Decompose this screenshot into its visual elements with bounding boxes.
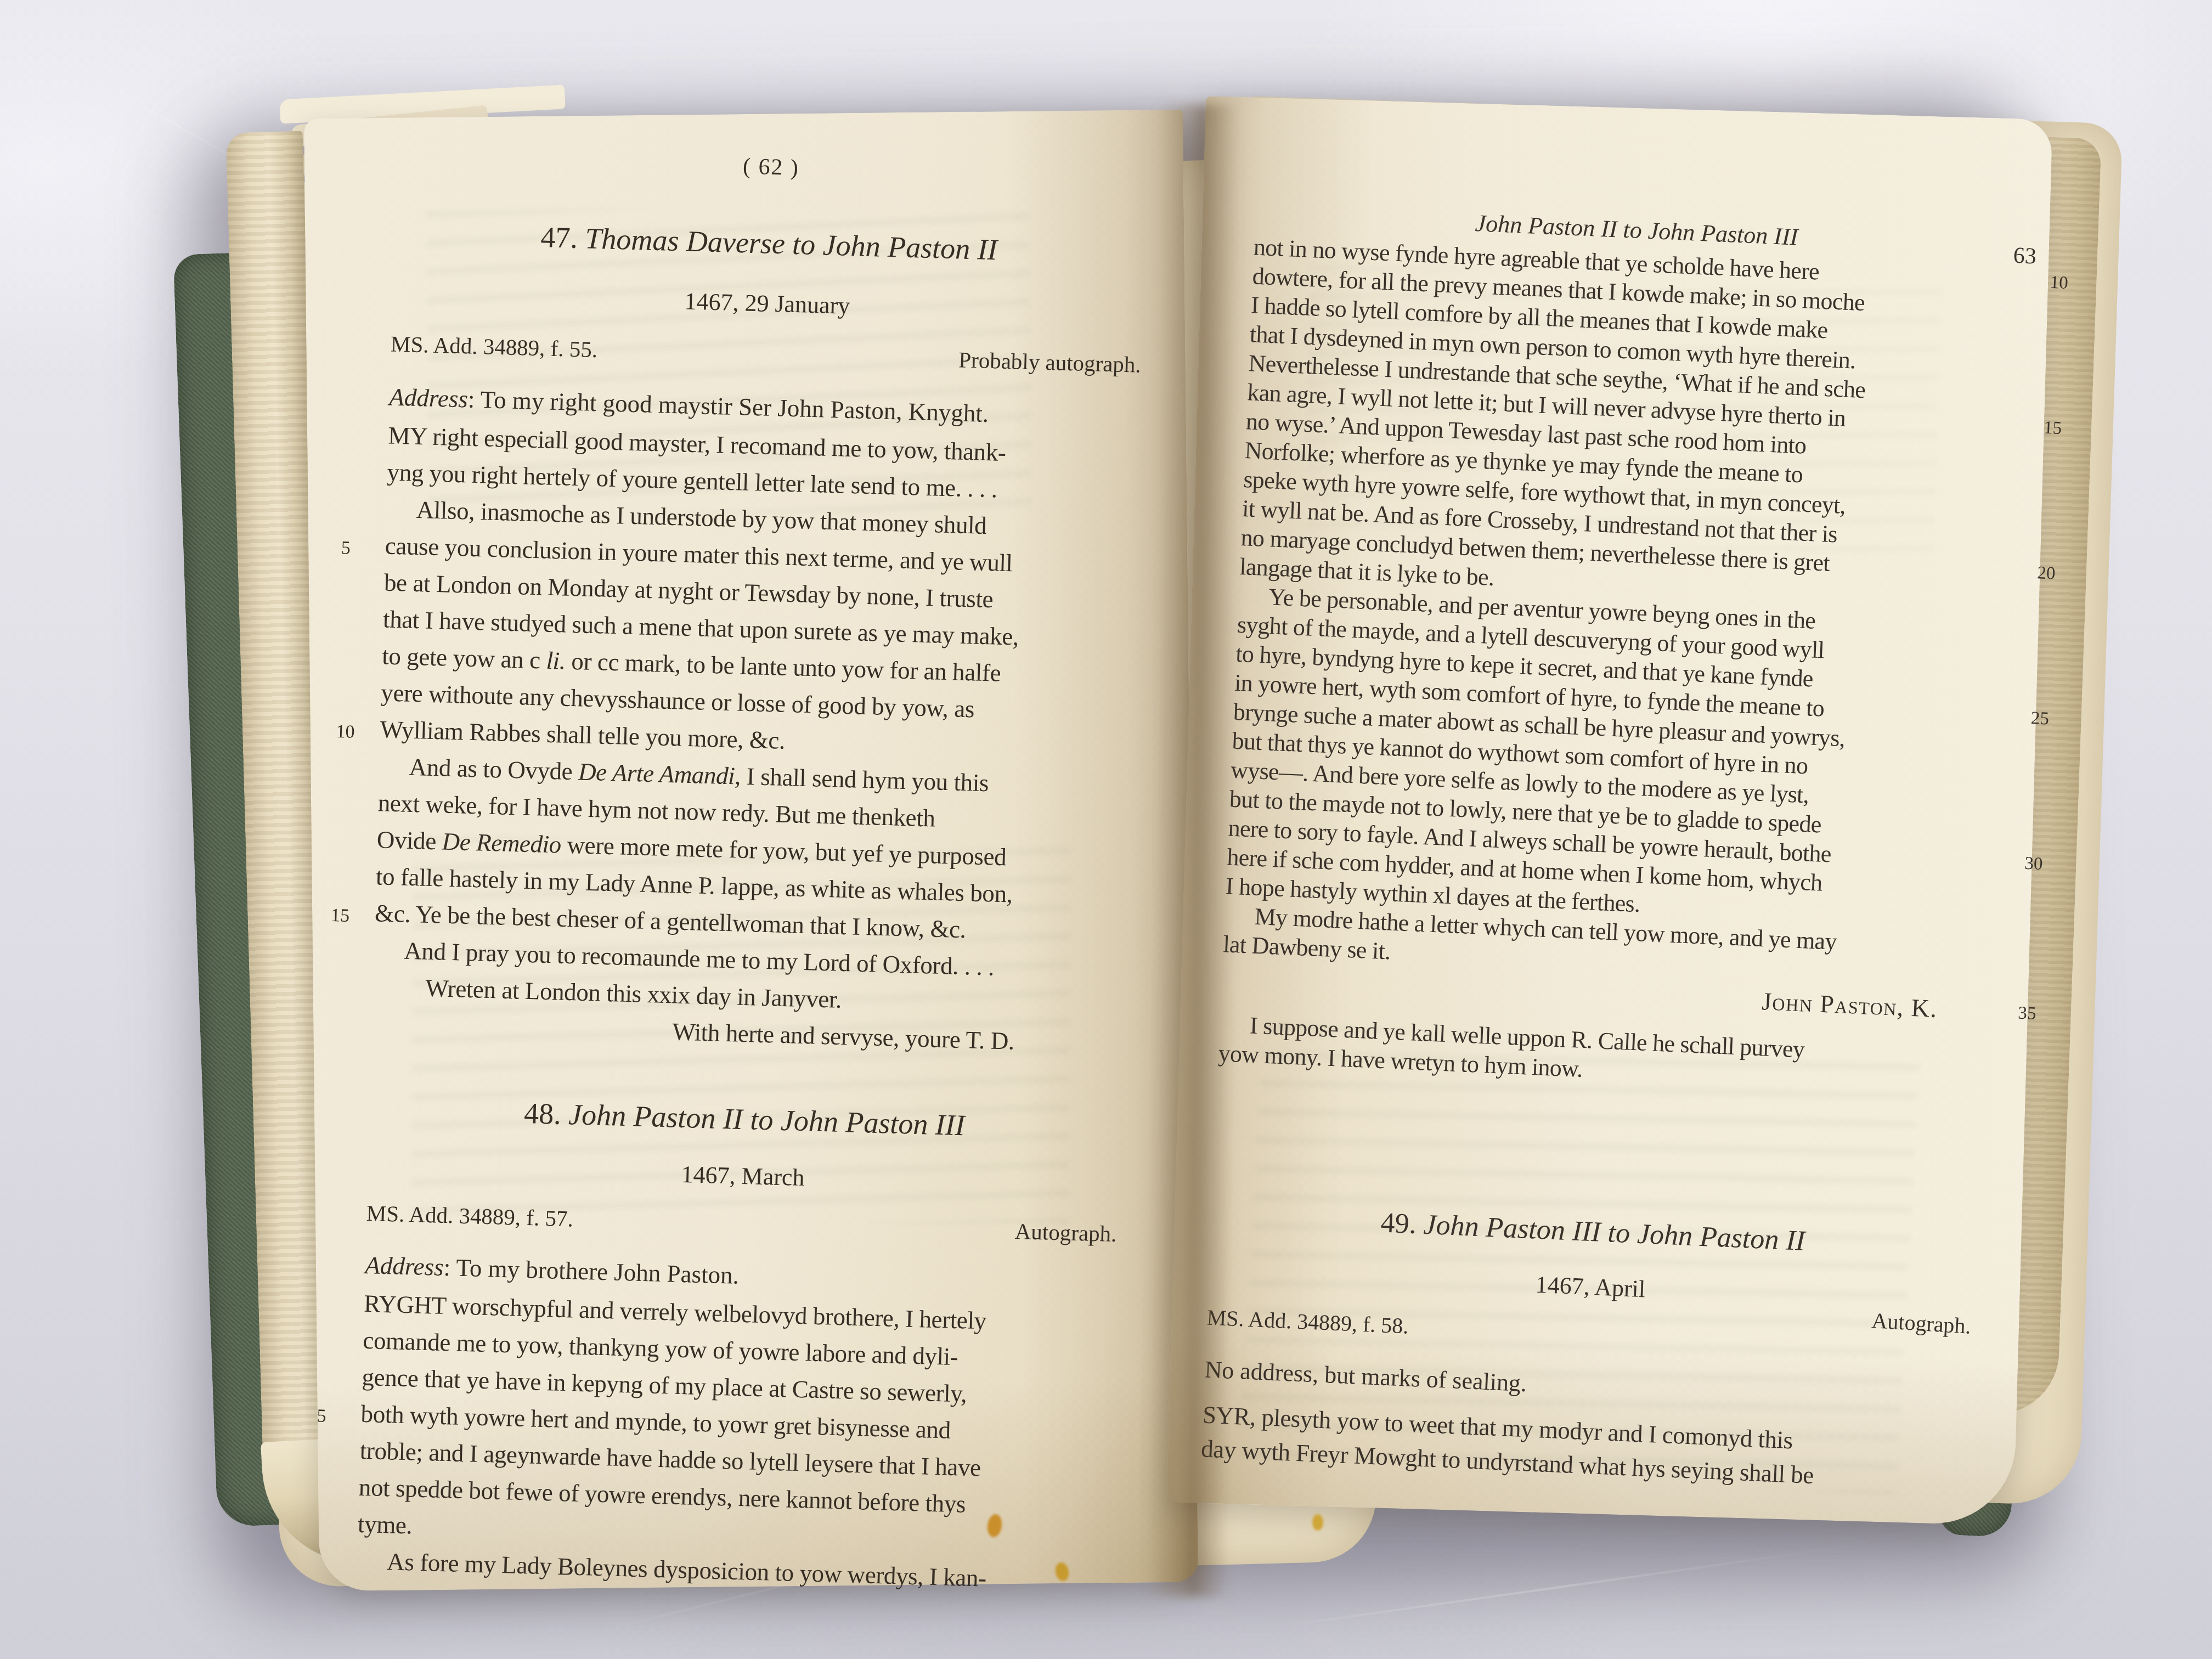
left-page[interactable]: ( 62 ) 47. Thomas Daverse to John Paston… — [304, 110, 1198, 1592]
letter-47-ms-row: MS. Add. 34889, f. 55. Probably autograp… — [391, 332, 1142, 377]
line-number: 15 — [2043, 414, 2062, 443]
right-page-text: John Paston II to John Paston III63 not … — [1200, 200, 2018, 1499]
letter-48-body: RYGHT worschypful and verrely welbelovyd… — [356, 1285, 1114, 1600]
letter-number: 47. — [540, 221, 578, 255]
postscript: I suppose and ye kall welle uppon R. Cal… — [1218, 1009, 1983, 1101]
letter-47-date: 1467, 29 January — [392, 280, 1143, 328]
left-page-text: ( 62 ) 47. Thomas Daverse to John Paston… — [356, 143, 1147, 1600]
letter-49-body: SYR, plesyth yow to weet that my modyr a… — [1200, 1397, 1966, 1499]
attribution: Autograph. — [1871, 1308, 1971, 1339]
letter-number: 49. — [1380, 1207, 1417, 1240]
line-number: 5 — [317, 1398, 327, 1435]
line-number: 35 — [2017, 999, 2036, 1029]
line-number: 25 — [2030, 704, 2050, 733]
line-number: 10 — [2049, 268, 2068, 298]
right-page[interactable]: John Paston II to John Paston III63 not … — [1167, 96, 2053, 1526]
line-number: 10 — [336, 713, 356, 751]
open-book: ( 62 ) 47. Thomas Daverse to John Paston… — [181, 33, 2079, 1629]
letter-48-ms-row: MS. Add. 34889, f. 57. Autograph. — [366, 1201, 1117, 1246]
attribution: Autograph. — [1014, 1219, 1117, 1246]
line-number: 30 — [2024, 849, 2043, 879]
letter-48-continuation: not in no wyse fynde hyre agreable that … — [1222, 232, 2017, 991]
line-number: 5 — [341, 529, 351, 566]
photo-table-surface: ( 62 ) 47. Thomas Daverse to John Paston… — [0, 0, 2212, 1659]
letter-47-body: MY right especiall good mayster, I recom… — [371, 417, 1139, 1063]
line-number: 15 — [330, 897, 350, 934]
letter-49-heading: 49. John Paston III to John Paston II — [1211, 1199, 1975, 1266]
line-number: 20 — [2036, 558, 2056, 588]
letter-title: John Paston III to John Paston II — [1423, 1209, 1805, 1257]
letter-title: Thomas Daverse to John Paston II — [585, 222, 998, 266]
ms-reference: MS. Add. 34889, f. 55. — [391, 332, 598, 362]
yellow-stain — [1312, 1514, 1323, 1531]
letter-number: 48. — [523, 1097, 561, 1131]
page-folio: ( 62 ) — [396, 143, 1147, 191]
letter-title: John Paston II to John Paston III — [568, 1098, 965, 1142]
letter-48-heading: 48. John Paston II to John Paston III — [369, 1092, 1120, 1146]
letter-48-date: 1467, March — [368, 1153, 1119, 1200]
attribution: Probably autograph. — [958, 347, 1142, 376]
letter-47-heading: 47. Thomas Daverse to John Paston II — [393, 217, 1144, 270]
ms-reference: MS. Add. 34889, f. 57. — [366, 1201, 573, 1231]
letter-49-date: 1467, April — [1209, 1257, 1973, 1317]
letter-49-ms-row: MS. Add. 34889, f. 58. Autograph. — [1206, 1306, 1971, 1363]
ms-reference: MS. Add. 34889, f. 58. — [1206, 1306, 1409, 1339]
